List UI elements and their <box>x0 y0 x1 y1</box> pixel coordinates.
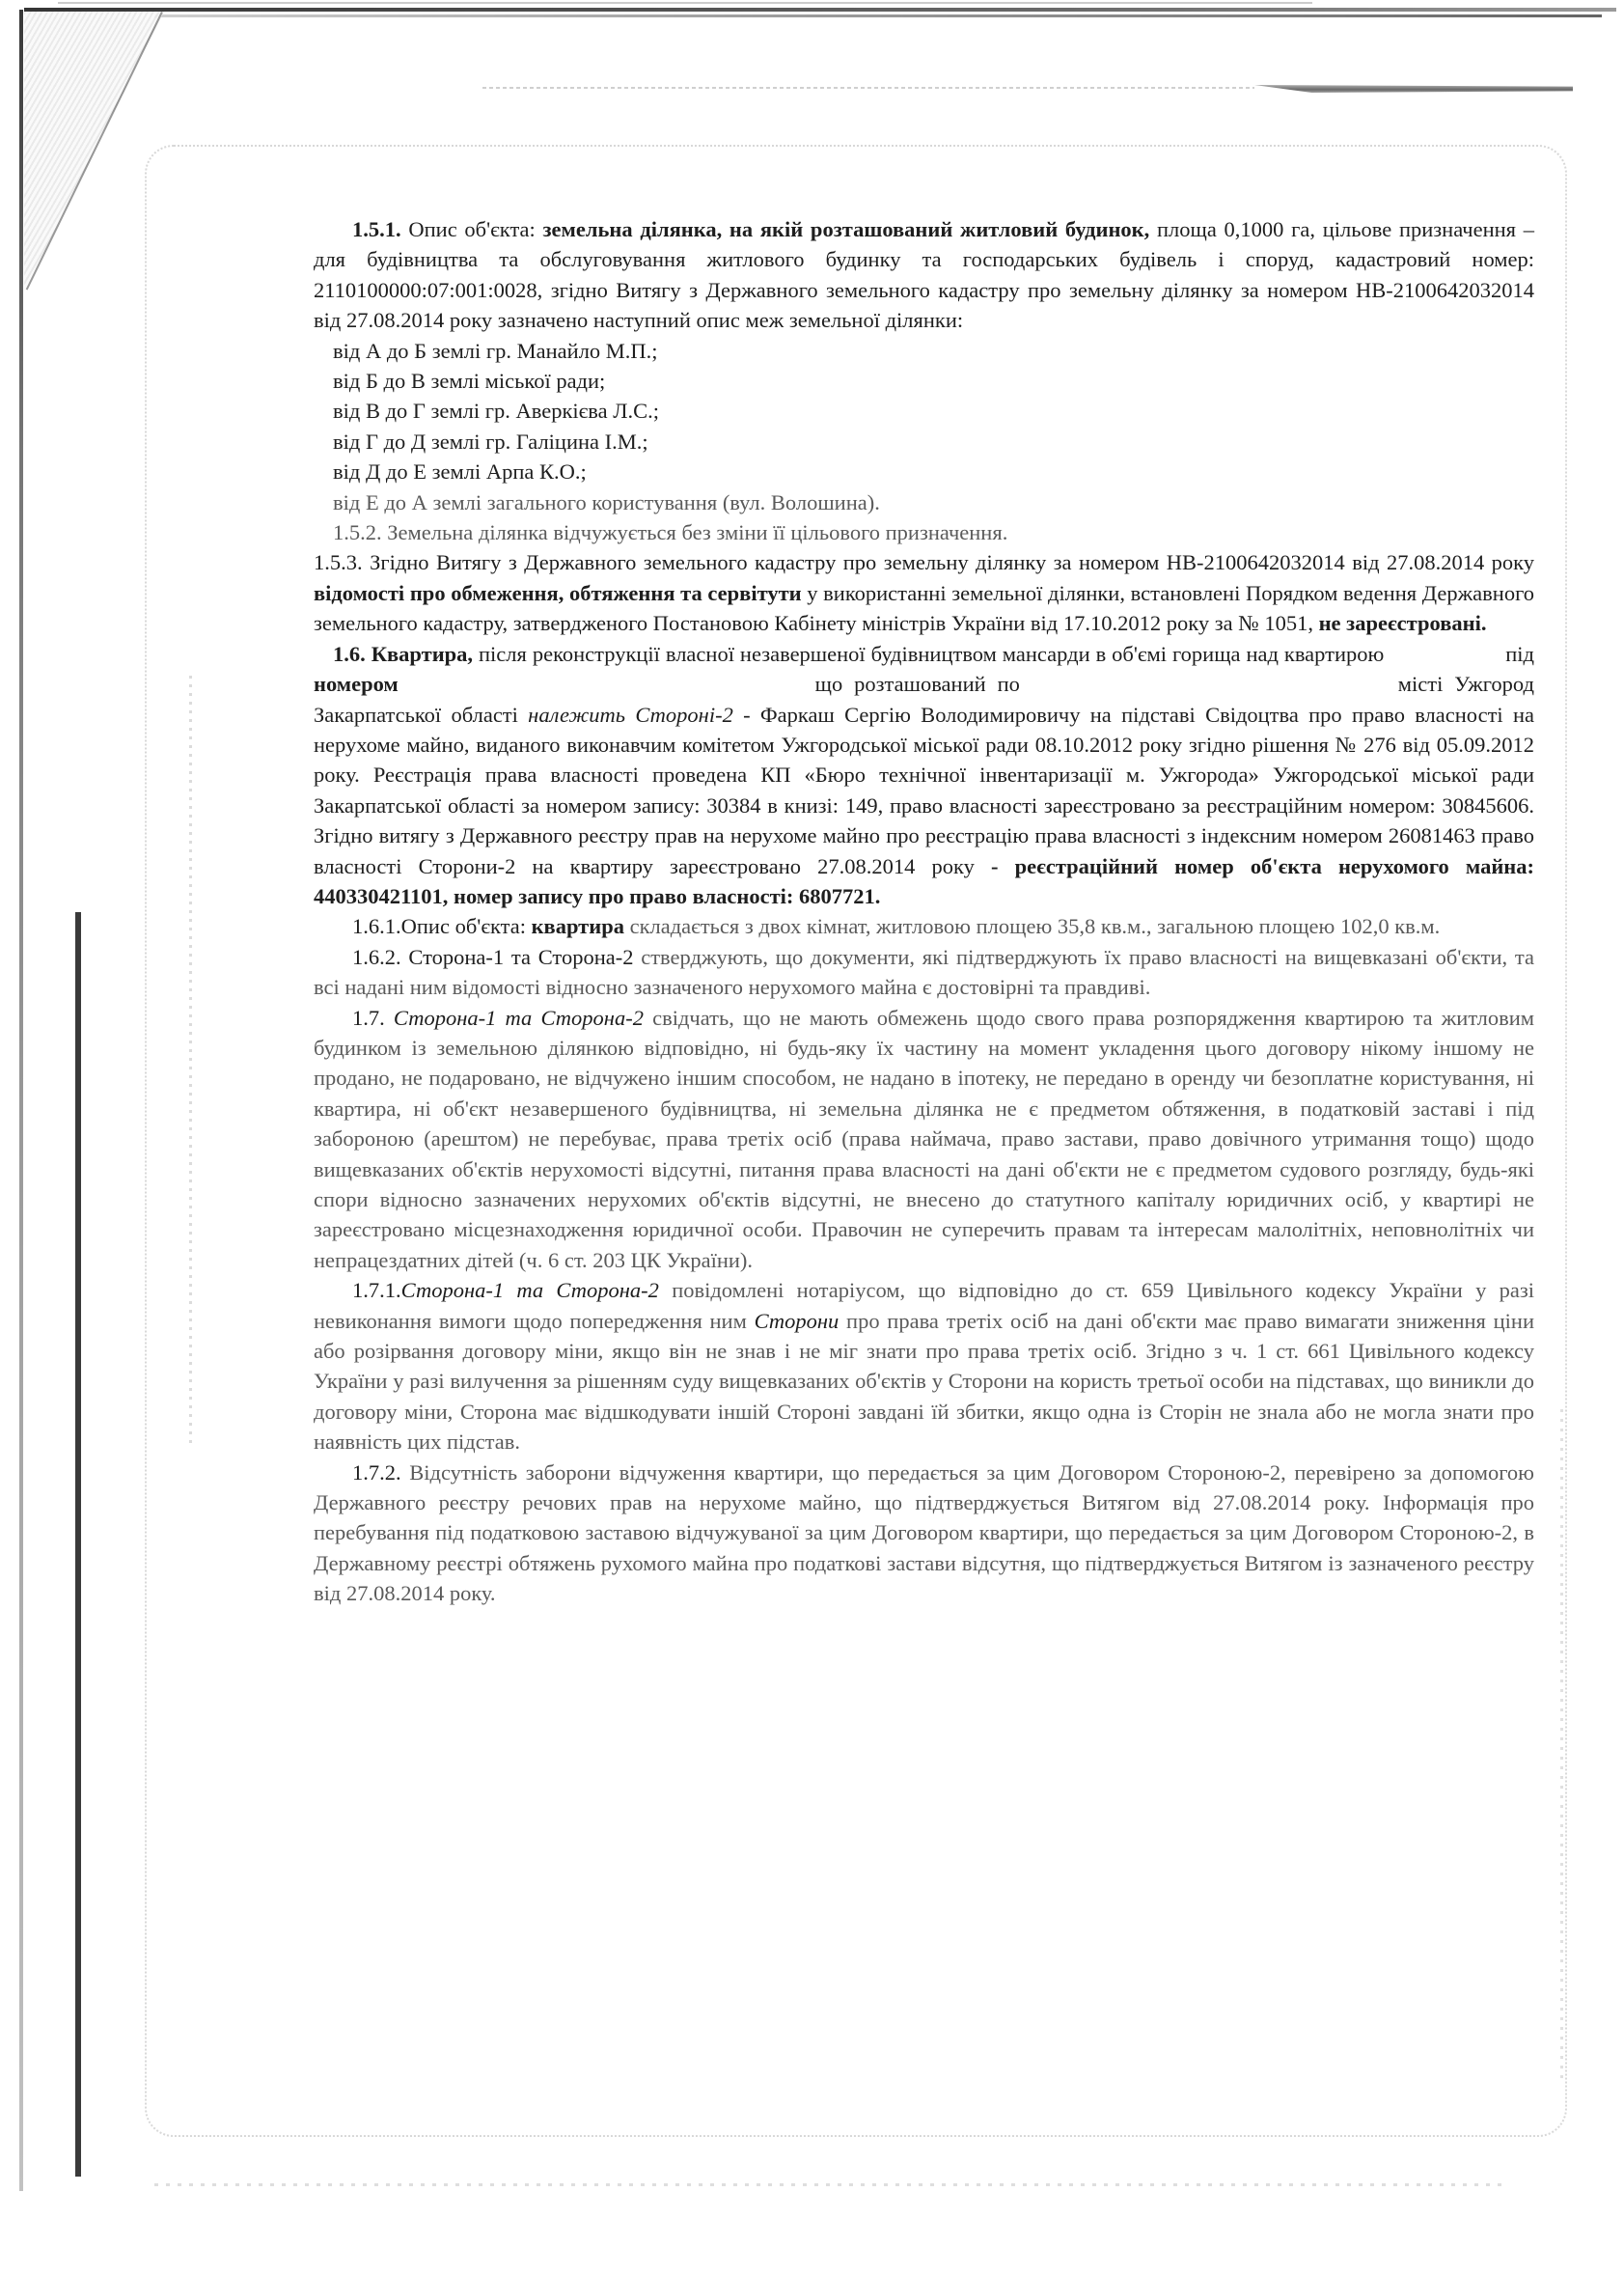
scan-noise-artifact <box>189 676 192 1448</box>
section-number: 1.6. <box>333 642 366 666</box>
boundary-item: від Б до В землі міської ради; <box>314 366 1534 396</box>
scan-shadow-artifact <box>482 87 1254 89</box>
section-1-7: 1.7. Сторона-1 та Сторона-2 свідчать, що… <box>314 1003 1534 1276</box>
section-1-5-2: 1.5.2. Земельна ділянка відчужується без… <box>314 517 1534 547</box>
section-1-5-1: 1.5.1. Опис об'єкта: земельна ділянка, н… <box>314 214 1534 336</box>
section-number: 1.7.2. <box>352 1460 401 1485</box>
boundary-item: від В до Г землі гр. Аверкієва Л.С.; <box>314 396 1534 426</box>
section-number: 1.6.1. <box>352 914 401 938</box>
page-left-edge <box>19 10 23 2191</box>
section-1-7-1: 1.7.1.Сторона-1 та Сторона-2 повідомлені… <box>314 1275 1534 1457</box>
boundary-item: від А до Б землі гр. Манайло М.П.; <box>314 336 1534 366</box>
section-1-5-3: 1.5.3. Згідно Витягу з Державного земель… <box>314 547 1534 638</box>
scan-edge-artifact <box>58 2 1312 4</box>
scanned-page: 1.5.1. Опис об'єкта: земельна ділянка, н… <box>0 0 1624 2276</box>
section-number: 1.7.1. <box>352 1278 401 1302</box>
scan-edge-artifact <box>24 8 1616 12</box>
section-number: 1.6.2. <box>352 945 401 969</box>
section-1-6-1: 1.6.1.Опис об'єкта: квартира складається… <box>314 911 1534 941</box>
document-body: 1.5.1. Опис об'єкта: земельна ділянка, н… <box>314 214 1534 1609</box>
boundary-item: від Д до Е землі Арпа К.О.; <box>314 457 1534 486</box>
section-1-6: 1.6. Квартира, після реконструкції власн… <box>314 639 1534 912</box>
section-number: 1.5.2. <box>333 520 382 544</box>
scan-noise-artifact <box>1560 1409 1563 2085</box>
section-1-6-2: 1.6.2. Сторона-1 та Сторона-2 стверджуют… <box>314 942 1534 1003</box>
binding-bar-artifact <box>75 912 81 2177</box>
scan-shadow-artifact <box>1254 85 1573 93</box>
boundary-item: від Е до А землі загального користування… <box>314 487 1534 517</box>
section-number: 1.5.1. <box>352 217 401 241</box>
section-number: 1.7. <box>352 1006 385 1030</box>
scan-noise-artifact <box>154 2183 1505 2186</box>
scan-edge-artifact <box>154 14 1602 17</box>
boundary-item: від Г до Д землі гр. Галіцина І.М.; <box>314 427 1534 457</box>
section-number: 1.5.3. <box>314 550 363 574</box>
section-1-7-2: 1.7.2. Відсутність заборони відчуження к… <box>314 1457 1534 1609</box>
